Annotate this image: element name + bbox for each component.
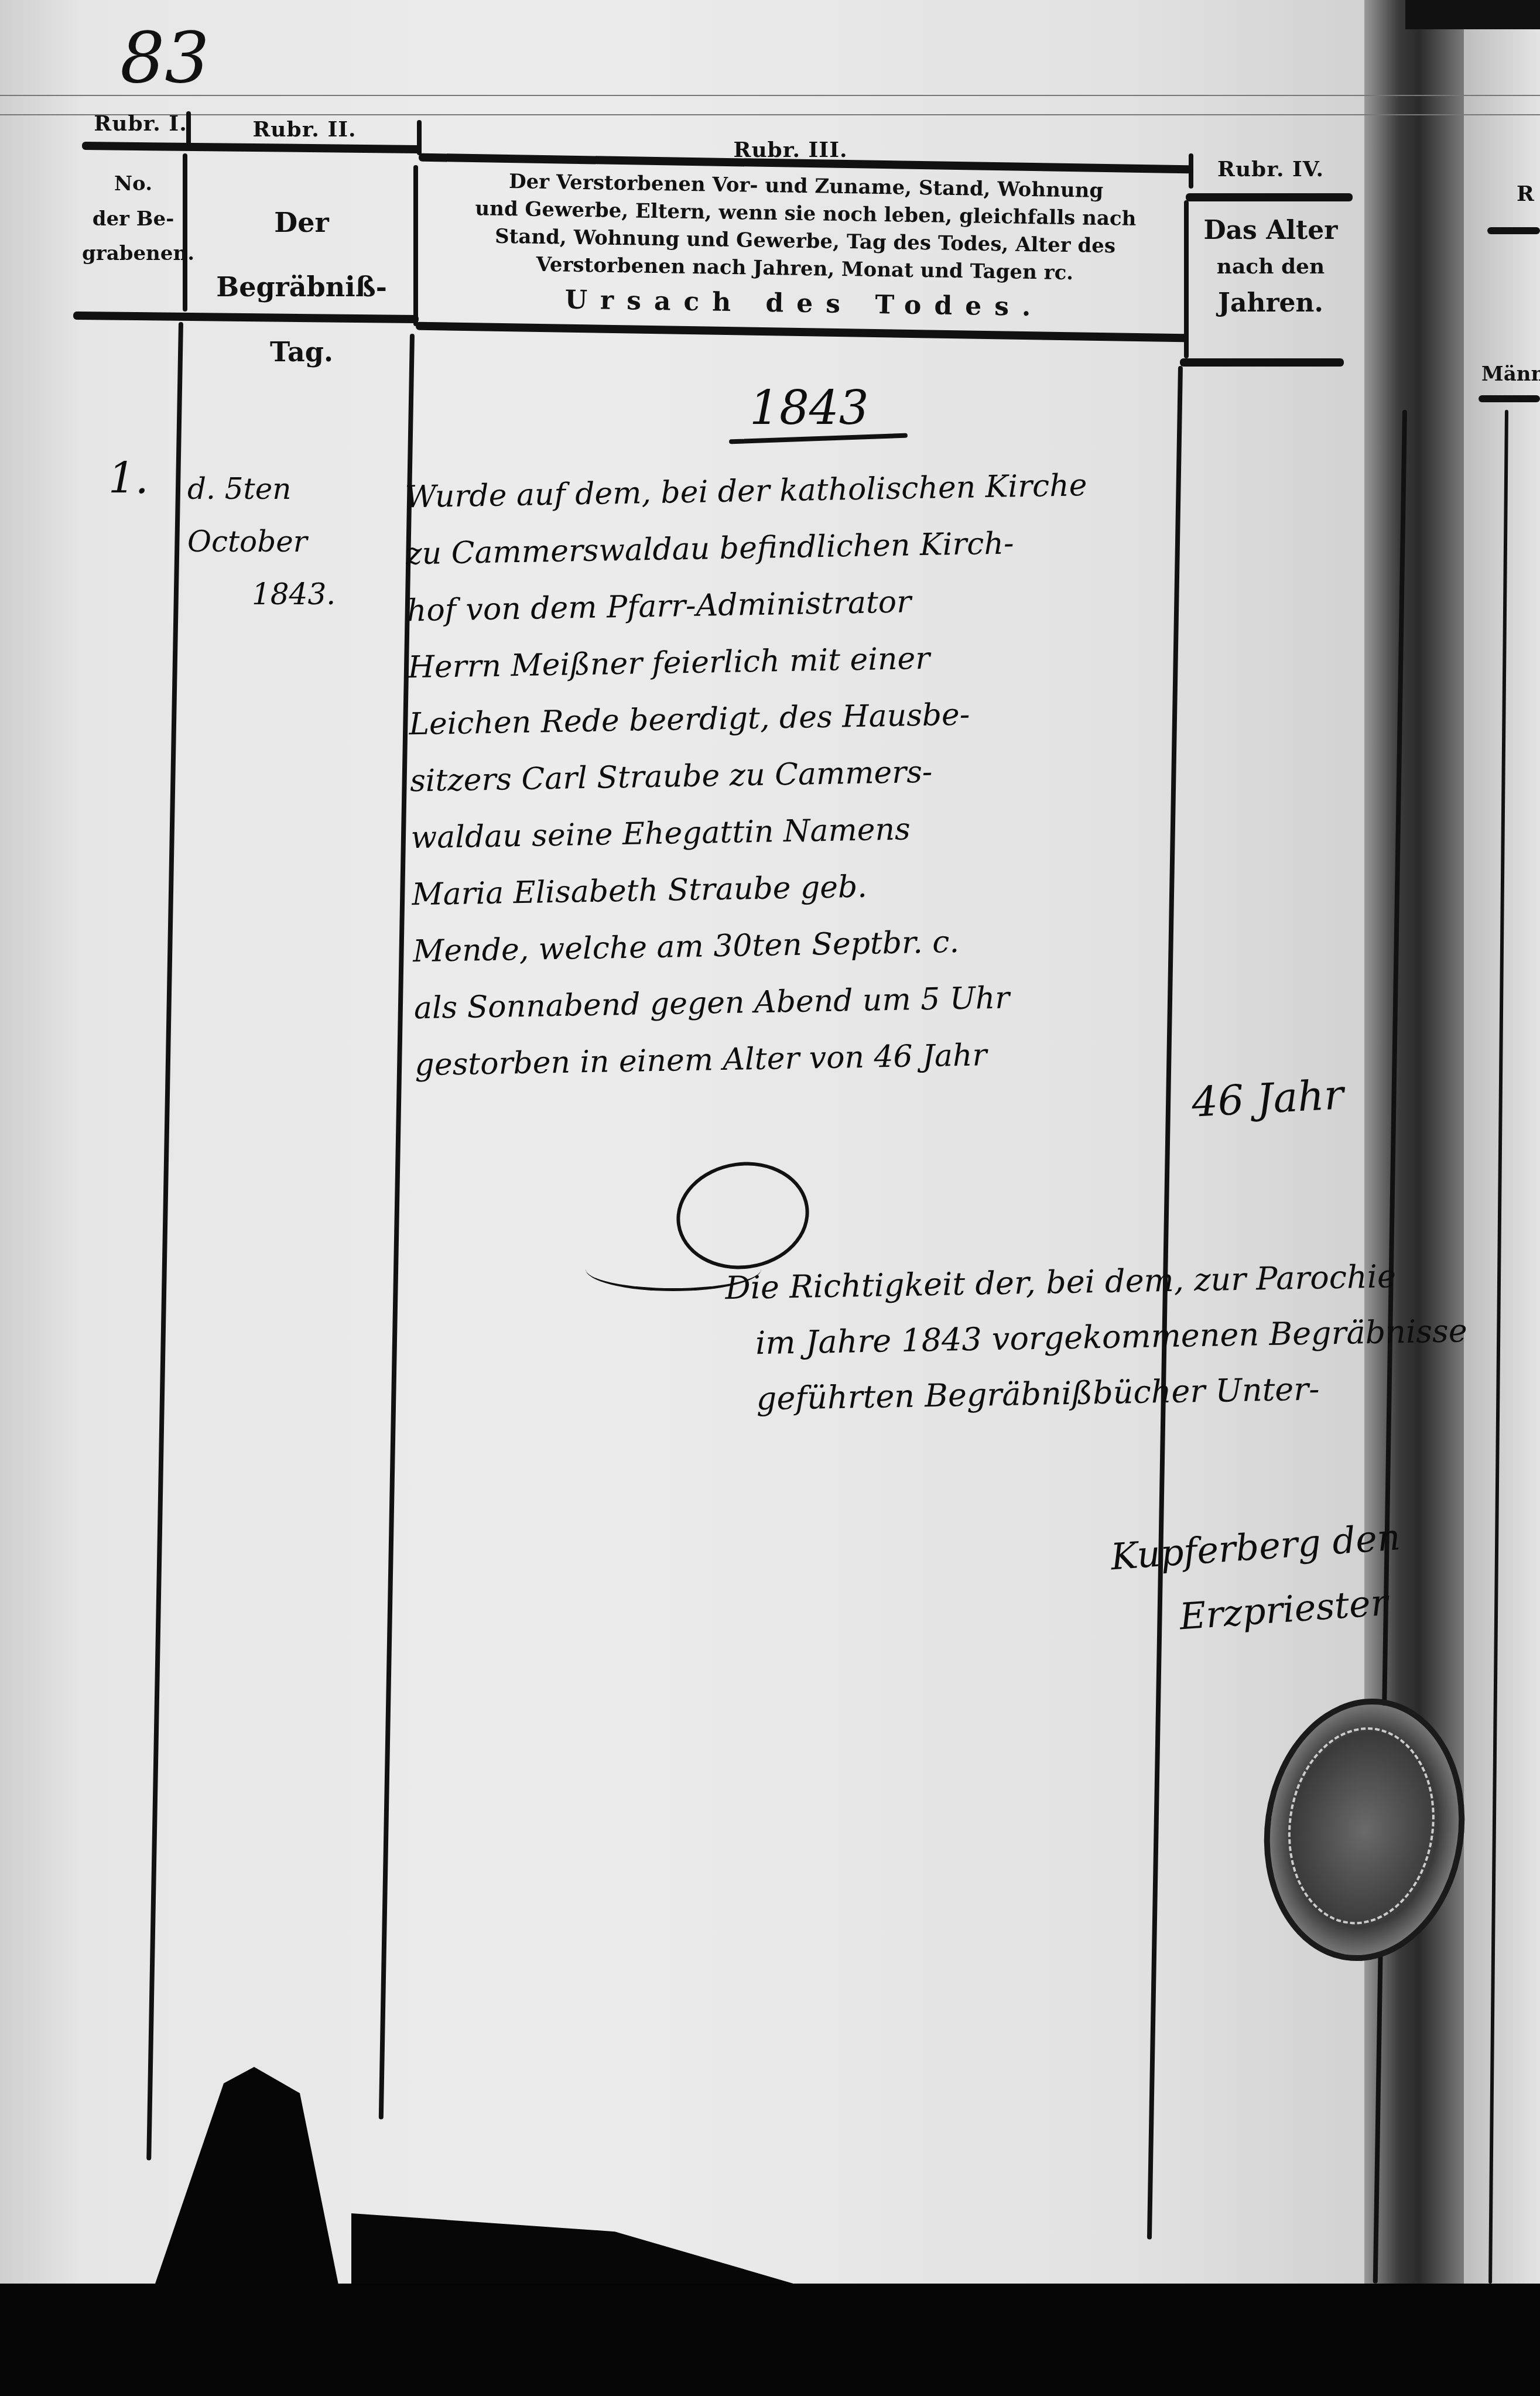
header-line: Jahren.	[1195, 283, 1347, 323]
header-line: grabenen.	[82, 237, 184, 272]
year-heading: 1843	[750, 381, 869, 435]
column-divider	[183, 153, 187, 312]
entry-record-text: Wurde auf dem, bei der katholischen Kirc…	[405, 456, 1176, 1094]
header-line: der Be-	[82, 202, 184, 237]
burial-date-line: d. 5ten October	[187, 463, 416, 568]
top-rule-line	[0, 95, 1540, 96]
header-line: nach den	[1195, 251, 1347, 283]
certification-text: Die Richtigkeit der, bei dem, zur Paroch…	[725, 1246, 1540, 1427]
column-divider	[413, 165, 418, 326]
next-page-rubric-fragment: R	[1517, 182, 1540, 206]
rubric-label-iv: Rubr. IV.	[1206, 157, 1335, 182]
burial-date-line: 1843.	[187, 568, 416, 621]
next-page-rule	[1479, 395, 1540, 402]
header-bottom-rule	[1180, 358, 1344, 367]
column-header-ii: Der Begräbniß-Tag.	[187, 190, 416, 384]
folio-number: 83	[120, 18, 210, 99]
header-line: Der	[187, 190, 416, 255]
rubric-label-ii: Rubr. II.	[228, 117, 381, 142]
top-rule-line	[0, 114, 1540, 115]
entry-number: 1.	[108, 454, 149, 503]
burial-date: d. 5ten October 1843.	[187, 463, 416, 621]
column-header-iv: Das Alter nach den Jahren.	[1195, 211, 1347, 323]
top-edge-shadow	[1405, 0, 1540, 29]
column-header-i: No. der Be- grabenen.	[82, 167, 184, 272]
next-page-rule	[1487, 227, 1540, 234]
header-line: Begräbniß-Tag.	[187, 255, 416, 384]
column-header-iii: Der Verstorbenen Vor- und Zuname, Stand,…	[432, 167, 1178, 327]
rubric-divider	[186, 111, 191, 146]
rubric-label-i: Rubr. I.	[88, 111, 193, 136]
next-page-subheader-fragment: Männ	[1481, 360, 1540, 389]
column-divider	[1184, 200, 1189, 358]
header-line: Das Alter	[1195, 211, 1347, 251]
header-line: No.	[82, 167, 184, 202]
header-top-rule	[1186, 193, 1353, 201]
entry-age: 46 Jahr	[1190, 1070, 1345, 1126]
bottom-shadow	[0, 2284, 1540, 2396]
